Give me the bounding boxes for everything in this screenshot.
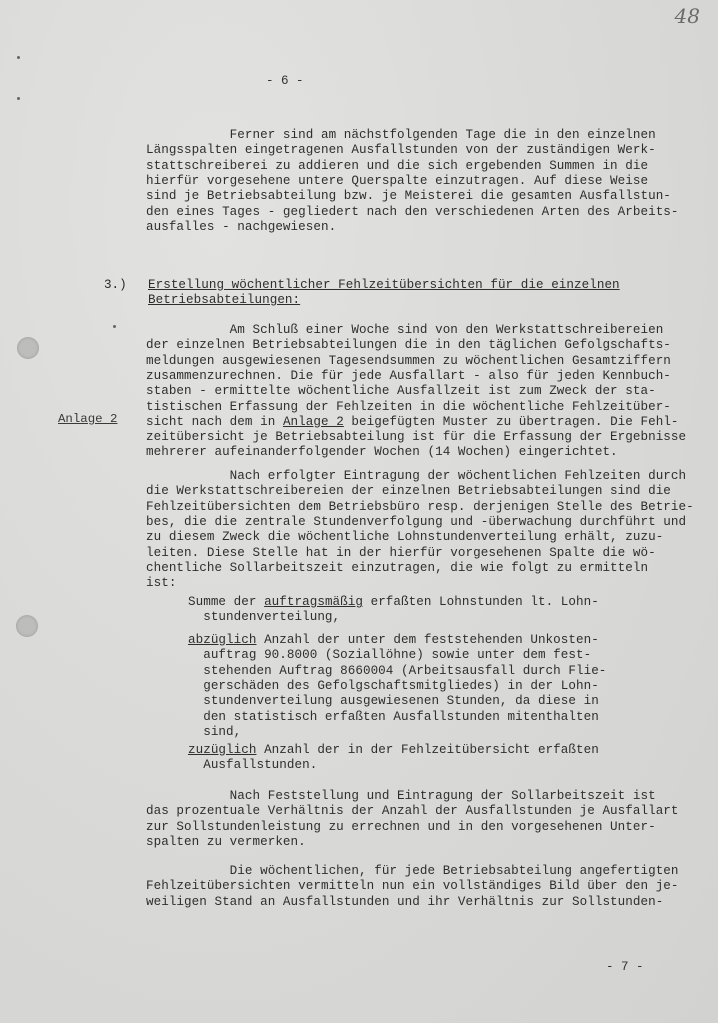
text-line: Längsspalten eingetragenen Ausfallstunde… bbox=[146, 143, 656, 158]
text-line: Am Schluß einer Woche sind von den Werks… bbox=[146, 323, 663, 338]
text-line: leiten. Diese Stelle hat in der hierfür … bbox=[146, 546, 656, 561]
punch-hole-bottom bbox=[16, 615, 38, 637]
list-item-line: stehenden Auftrag 8660004 (Arbeitsausfal… bbox=[188, 664, 606, 679]
text-line: das prozentuale Verhältnis der Anzahl de… bbox=[146, 804, 679, 819]
text-line: die Werkstattschreibereien der einzelnen… bbox=[146, 484, 671, 499]
text-line: zu diesem Zweck die wöchentliche Lohnstu… bbox=[146, 530, 663, 545]
list-item-line: stundenverteilung, bbox=[188, 610, 340, 625]
list-item-line: gerschäden des Gefolgschaftsmitgliedes) … bbox=[188, 679, 599, 694]
text-line: sind je Betriebsabteilung bzw. je Meiste… bbox=[146, 189, 671, 204]
text-line: weiligen Stand an Ausfallstunden und ihr… bbox=[146, 895, 663, 910]
list-item-line: abzüglich Anzahl der unter dem feststehe… bbox=[188, 633, 599, 648]
section-heading-line-2: Betriebsabteilungen: bbox=[148, 293, 300, 308]
punch-hole-top bbox=[17, 337, 39, 359]
text-line: Fehlzeitübersichten vermitteln nun ein v… bbox=[146, 879, 679, 894]
text-line: mehrerer aufeinanderfolgender Wochen (14… bbox=[146, 445, 618, 460]
text-line: meldungen ausgewiesenen Tagesendsummen z… bbox=[146, 354, 671, 369]
text-line: spalten zu vermerken. bbox=[146, 835, 306, 850]
text-line: zusammenzurechnen. Die für jede Ausfalla… bbox=[146, 369, 671, 384]
list-keyword: zuzüglich bbox=[188, 743, 256, 757]
text-line: der einzelnen Betriebsabteilungen die in… bbox=[146, 338, 671, 353]
text-line: Fehlzeitübersichten dem Betriebsbüro res… bbox=[146, 500, 694, 515]
section-heading-line-1: Erstellung wöchentlicher Fehlzeitübersic… bbox=[148, 278, 620, 293]
text-line: Nach Feststellung und Eintragung der Sol… bbox=[146, 789, 656, 804]
document-page: 48 - 6 - Ferner sind am nächstfolgenden … bbox=[0, 0, 718, 1023]
list-item-line: auftrag 90.8000 (Soziallöhne) sowie unte… bbox=[188, 648, 591, 663]
text-line: chentliche Sollarbeitszeit einzutragen, … bbox=[146, 561, 648, 576]
speck bbox=[17, 97, 20, 100]
text-line: zur Sollstundenleistung zu errechnen und… bbox=[146, 820, 656, 835]
list-item-line: den statistisch erfaßten Ausfallstunden … bbox=[188, 710, 599, 725]
speck bbox=[17, 56, 20, 59]
text-line: bes, die die zentrale Stundenverfolgung … bbox=[146, 515, 686, 530]
list-keyword: abzüglich bbox=[188, 633, 256, 647]
text-line: Die wöchentlichen, für jede Betriebsabte… bbox=[146, 864, 679, 879]
list-item-line: stundenverteilung ausgewiesenen Stunden,… bbox=[188, 694, 599, 709]
list-item-line: zuzüglich Anzahl der in der Fehlzeitüber… bbox=[188, 743, 599, 758]
text-line: Ferner sind am nächstfolgenden Tage die … bbox=[146, 128, 656, 143]
archive-number: 48 bbox=[675, 4, 700, 28]
text-line: tistischen Erfassung der Fehlzeiten in d… bbox=[146, 400, 671, 415]
section-number: 3.) bbox=[104, 278, 127, 292]
text-line: sicht nach dem in Anlage 2 beigefügten M… bbox=[146, 415, 679, 430]
list-keyword: auftragsmäßig bbox=[264, 595, 363, 609]
list-item-line: Ausfallstunden. bbox=[188, 758, 317, 773]
text-line: Nach erfolgter Eintragung der wöchentlic… bbox=[146, 469, 686, 484]
page-number-top: - 6 - bbox=[266, 74, 304, 88]
page-number-bottom: - 7 - bbox=[606, 960, 644, 974]
text-line: ausfalles - nachgewiesen. bbox=[146, 220, 336, 235]
list-item-line: sind, bbox=[188, 725, 241, 740]
text-line: stattschreiberei zu addieren und die sic… bbox=[146, 159, 648, 174]
text-line: zeitübersicht je Betriebsabteilung ist f… bbox=[146, 430, 686, 445]
anlage-reference: Anlage 2 bbox=[283, 415, 344, 429]
margin-note-anlage: Anlage 2 bbox=[58, 412, 118, 426]
speck bbox=[113, 325, 116, 328]
list-item-line: Summe der auftragsmäßig erfaßten Lohnstu… bbox=[188, 595, 599, 610]
text-line: ist: bbox=[146, 576, 176, 591]
text-line: staben - ermittelte wöchentliche Ausfall… bbox=[146, 384, 656, 399]
text-line: den eines Tages - gegliedert nach den ve… bbox=[146, 205, 679, 220]
text-line: hierfür vorgesehene untere Querspalte ei… bbox=[146, 174, 648, 189]
